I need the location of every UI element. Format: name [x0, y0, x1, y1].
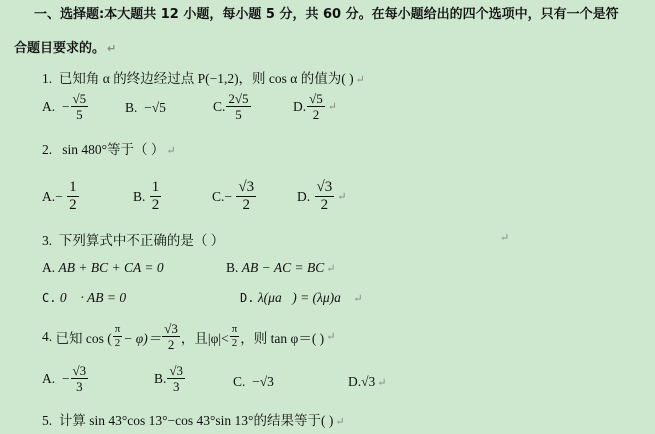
- fraction: 12: [67, 180, 79, 213]
- denominator: 2: [168, 337, 175, 351]
- q3-option-a[interactable]: A. AB + BC + CA = 0⃗: [42, 260, 174, 276]
- option-label: A.: [42, 260, 55, 276]
- option-label: D.: [240, 291, 254, 305]
- option-value: −√3: [252, 374, 274, 390]
- q4-option-a[interactable]: A. − √33: [42, 364, 89, 393]
- vector-expression: λ(μa⃗) = (λμ)a⃗: [258, 290, 352, 306]
- q4-option-c[interactable]: C. −√3: [233, 374, 274, 390]
- numerator: √3: [71, 364, 89, 379]
- paragraph-mark-icon: ↵: [166, 145, 175, 157]
- denominator: 2: [115, 337, 121, 349]
- option-label: C.: [213, 99, 225, 115]
- numerator: π: [230, 324, 240, 337]
- fraction: √32: [162, 322, 180, 351]
- fraction: 12: [150, 180, 162, 213]
- question-number: 1.: [42, 71, 52, 86]
- numerator: √5: [307, 92, 325, 107]
- denominator: 5: [235, 107, 242, 121]
- q3-option-d[interactable]: D. λ(μa⃗) = (λμ)a⃗↵: [240, 290, 363, 306]
- fraction: √33: [167, 364, 185, 393]
- paragraph-mark-icon: ↵: [328, 100, 337, 113]
- vector-expression: AB + BC + CA = 0⃗: [59, 260, 175, 276]
- section-heading-line2: 合题目要求的。↵: [14, 37, 116, 56]
- question-number: 4.: [42, 329, 52, 345]
- q2-option-d[interactable]: D. √32↵: [297, 180, 346, 213]
- option-label: D.: [348, 374, 361, 390]
- heading-text: 合题目要求的。: [14, 41, 105, 56]
- question-text: 已知角 α 的终边经过点 P(−1,2)，则 cos α 的值为( ): [59, 71, 354, 86]
- option-sign: −: [55, 189, 63, 205]
- question-text: 下列算式中不正确的是（ ）: [59, 233, 224, 248]
- q4-option-b[interactable]: B. √33: [154, 364, 186, 393]
- question-number: 5.: [42, 413, 52, 428]
- question-5-stem: 5. 计算 sin 43°cos 13°−cos 43°sin 13°的结果等于…: [42, 409, 345, 429]
- q2-option-a[interactable]: A.− 12: [42, 180, 80, 213]
- numerator: 1: [67, 180, 79, 197]
- vector-expression: 0⃗ · AB = 0: [60, 290, 126, 306]
- question-number: 2.: [42, 142, 52, 157]
- question-text: − φ)＝: [123, 327, 161, 347]
- paragraph-mark-icon: ↵: [326, 330, 335, 343]
- paragraph-mark-icon: ↵: [377, 376, 386, 389]
- section-heading-line1: 一、选择题:本大题共 12 小题，每小题 5 分，共 60 分。在每小题给出的四…: [34, 3, 619, 22]
- question-text: 已知 cos (: [56, 327, 112, 347]
- denominator: 2: [313, 107, 320, 121]
- denominator: 2: [321, 197, 329, 213]
- paragraph-mark-icon: ↵: [353, 292, 362, 305]
- q3-option-b[interactable]: B. AB − AC = BC↵: [226, 260, 335, 276]
- denominator: 3: [76, 379, 83, 393]
- option-sign: −: [224, 189, 232, 205]
- fraction: √32: [236, 180, 256, 213]
- q1-option-c[interactable]: C. 2√55: [213, 92, 252, 121]
- option-label: A.: [42, 99, 55, 115]
- option-label: A.: [42, 371, 55, 387]
- question-3-stem: 3. 下列算式中不正确的是（ ）: [42, 229, 224, 249]
- option-label: D.: [293, 99, 306, 115]
- q3-option-c[interactable]: C. 0⃗ · AB = 0: [42, 290, 126, 306]
- question-4-stem: 4. 已知 cos ( π2 − φ)＝ √32 ，且|φ|< π2 ，则 ta…: [42, 322, 335, 351]
- option-label: C.: [42, 291, 56, 305]
- option-label: B.: [226, 260, 238, 276]
- q1-option-b[interactable]: B. −√5: [125, 100, 166, 116]
- option-label: B.: [154, 371, 166, 387]
- option-value: √3: [361, 374, 375, 390]
- question-1-stem: 1. 已知角 α 的终边经过点 P(−1,2)，则 cos α 的值为( )↵: [42, 67, 365, 87]
- q2-option-b[interactable]: B. 12: [133, 180, 162, 213]
- paragraph-mark-icon: ↵: [326, 262, 335, 275]
- option-label: A.: [42, 189, 55, 205]
- paragraph-mark-icon: ↵: [356, 74, 365, 86]
- q1-option-d[interactable]: D. √52↵: [293, 92, 337, 121]
- numerator: √3: [315, 180, 335, 197]
- question-2-stem: 2. sin 480°等于（ ）↵: [42, 138, 176, 158]
- question-text: 计算 sin 43°cos 13°−cos 43°sin 13°的结果等于( ): [59, 413, 333, 428]
- denominator: 3: [173, 379, 180, 393]
- fraction: π2: [113, 324, 123, 349]
- paragraph-mark-icon: ↵: [500, 231, 509, 244]
- vector-expression: AB − AC = BC: [242, 260, 324, 276]
- paragraph-mark-icon: ↵: [337, 190, 346, 203]
- paragraph-mark-icon: ↵: [107, 42, 116, 55]
- option-sign: −: [62, 99, 70, 115]
- q4-option-d[interactable]: D.√3↵: [348, 374, 387, 390]
- question-text: ，则 tan φ＝( ): [240, 327, 324, 347]
- question-number: 3.: [42, 233, 52, 248]
- numerator: 2√5: [226, 92, 250, 107]
- option-label: C.: [233, 374, 245, 390]
- option-label: D.: [297, 189, 310, 205]
- numerator: √3: [162, 322, 180, 337]
- question-text: sin 480°等于（ ）: [62, 142, 164, 157]
- denominator: 2: [152, 197, 160, 213]
- denominator: 2: [243, 197, 251, 213]
- fraction: 2√55: [226, 92, 250, 121]
- denominator: 2: [69, 197, 77, 213]
- paragraph-mark-icon: ↵: [335, 416, 344, 428]
- numerator: √3: [167, 364, 185, 379]
- option-label: B.: [125, 100, 137, 116]
- numerator: 1: [150, 180, 162, 197]
- denominator: 5: [76, 107, 83, 121]
- numerator: √3: [236, 180, 256, 197]
- option-value: −√5: [144, 100, 166, 116]
- fraction: π2: [230, 324, 240, 349]
- denominator: 2: [232, 337, 238, 349]
- numerator: π: [113, 324, 123, 337]
- fraction: √52: [307, 92, 325, 121]
- option-label: C.: [212, 189, 224, 205]
- question-text: ，且|φ|<: [181, 327, 229, 347]
- numerator: √5: [71, 92, 89, 107]
- q1-option-a[interactable]: A. − √55: [42, 92, 89, 121]
- fraction: √32: [315, 180, 335, 213]
- fraction: √55: [71, 92, 89, 121]
- q2-option-c[interactable]: C.− √32: [212, 180, 257, 213]
- option-label: B.: [133, 189, 145, 205]
- fraction: √33: [71, 364, 89, 393]
- option-sign: −: [62, 371, 70, 387]
